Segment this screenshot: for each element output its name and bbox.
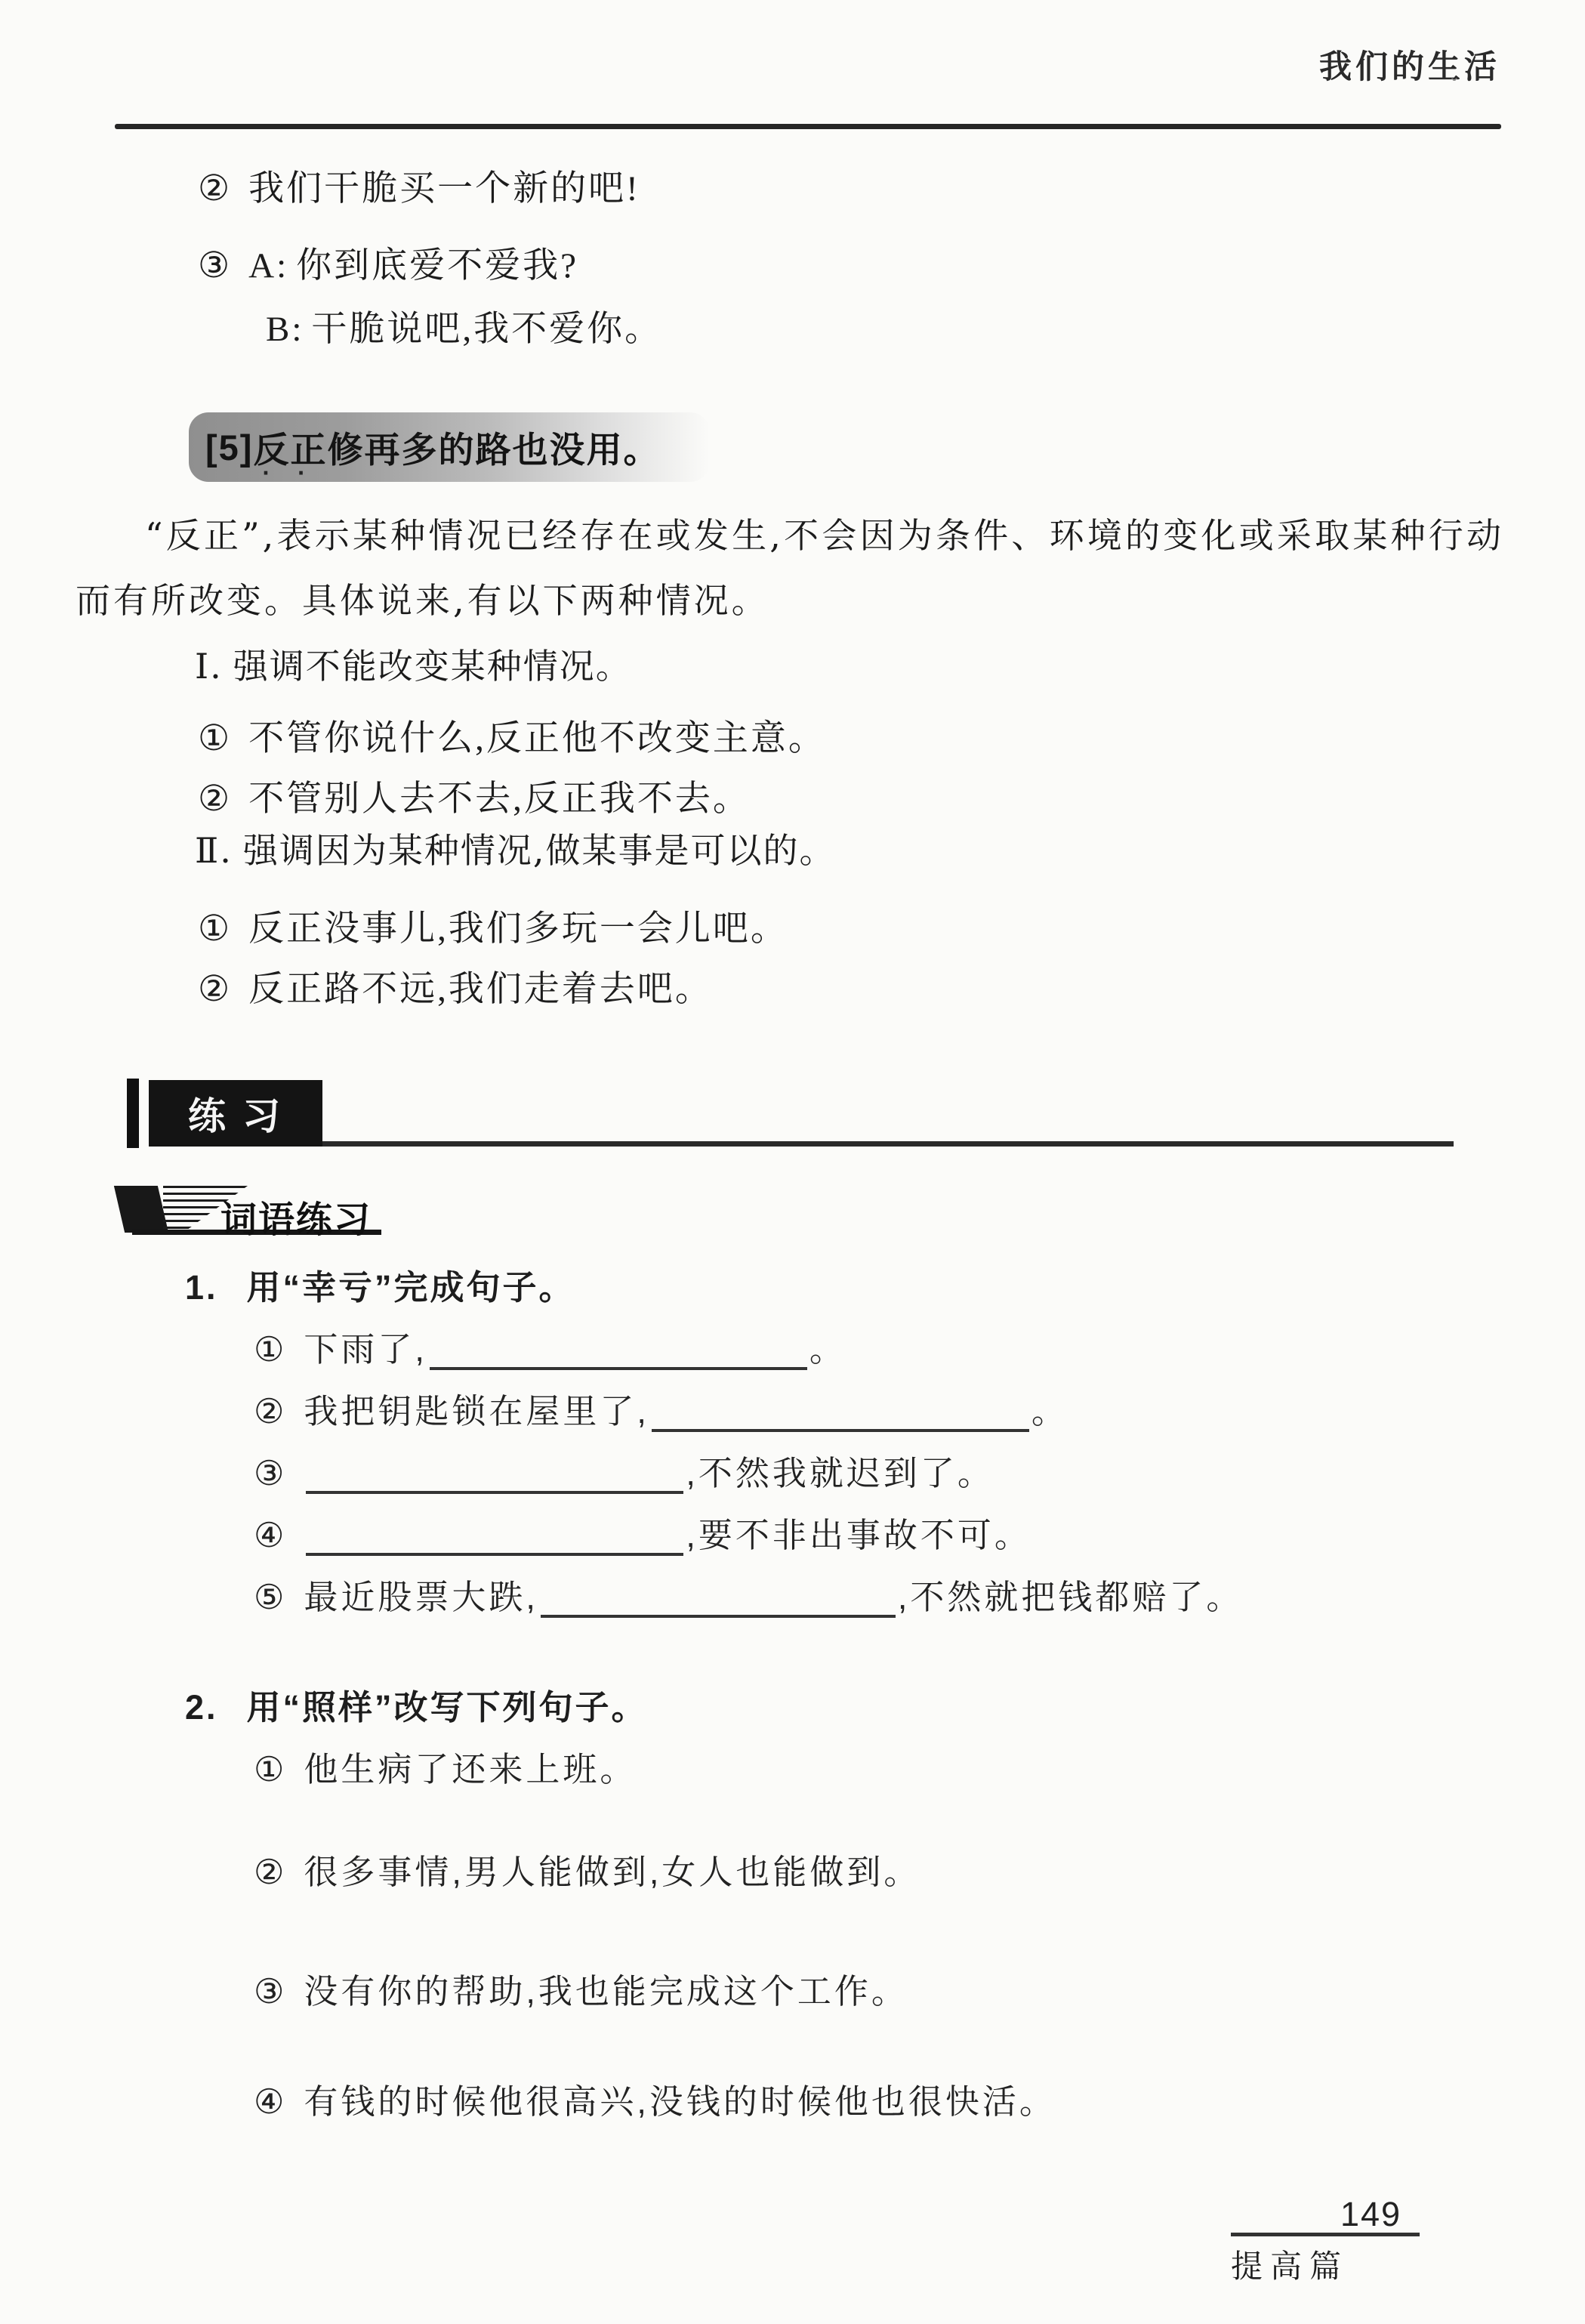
grammar-heading-text: 修再多的路也没用。 [327,422,660,473]
header-rule [115,124,1501,129]
circled-number: ② [254,1392,287,1431]
exercise-number: 2. [185,1688,218,1727]
example-sentence: ②不管别人去不去,反正我不去。 [198,770,751,821]
exercise-item: ④,要不非出事故不可。 [254,1508,1031,1557]
footer-rule [1231,2233,1420,2236]
exercise-item: ②很多事情,男人能做到,女人也能做到。 [254,1844,920,1893]
circled-number: ② [198,169,232,208]
exercise-item: ④有钱的时候他很高兴,没钱的时候他也很快活。 [254,2074,1056,2123]
item-text: 有钱的时候他很高兴,没钱的时候他也很快活。 [304,2082,1056,2121]
exercise-item: ③没有你的帮助,我也能完成这个工作。 [254,1964,908,2013]
scan-artifact-mark: ˇ [1451,76,1457,97]
item-text: 我把钥匙锁在屋里了, [304,1392,649,1431]
example-sentence: ②反正路不远,我们走着去吧。 [198,961,713,1011]
circled-number: ③ [254,1972,287,2011]
emphasis-dots: ·· [262,461,332,485]
grammar-point-heading: [5]反正··修再多的路也没用。 [189,412,710,482]
circled-number: ② [198,970,232,1009]
banner-accent-bar [127,1079,139,1148]
case-label: Ⅱ. [195,830,233,871]
item-text: ,不然我就迟到了。 [686,1454,994,1492]
example-sentence: ③A:你到底爱不爱我? [198,237,578,288]
exercise-title: 1.用“幸亏”完成句子。 [185,1260,575,1309]
item-text: 没有你的帮助,我也能完成这个工作。 [304,1972,908,2011]
exercises-banner-label: 练 习 [188,1086,283,1140]
speaker-label: B: [266,310,304,349]
example-text: 我们干脆买一个新的吧! [248,169,640,208]
item-text: 很多事情,男人能做到,女人也能做到。 [304,1853,920,1891]
case-title: 强调因为某种情况,做某事是可以的。 [243,830,836,871]
item-text: ,要不非出事故不可。 [686,1516,1031,1554]
exercise-title-text: 用“幸亏”完成句子。 [247,1268,575,1307]
exercise-item: ①他生病了还来上班。 [254,1742,637,1791]
circled-number: ③ [254,1454,287,1492]
item-text: 。 [1031,1392,1068,1431]
subsection-title: 词语练习 [220,1190,372,1242]
circled-number: ⑤ [254,1578,287,1616]
exercise-number: 1. [185,1268,218,1307]
example-text: 反正没事儿,我们多玩一会儿吧。 [248,909,788,949]
banner-rule [227,1141,1454,1147]
case-title: 强调不能改变某种情况。 [233,646,632,687]
footer-section-label: 提高篇 [1231,2242,1349,2287]
exercises-banner: 练 习 [149,1080,322,1147]
answer-blank [430,1333,807,1370]
circled-number: ① [254,1330,287,1369]
case-label: Ⅰ. [195,646,223,687]
circled-number: ④ [254,1516,287,1554]
answer-blank [652,1395,1029,1432]
circled-number: ② [254,1853,287,1891]
speaker-label: A: [248,246,288,285]
exercise-title-text: 用“照样”改写下列句子。 [247,1688,648,1727]
example-sentence: ①反正没事儿,我们多玩一会儿吧。 [198,900,788,951]
circled-number: ③ [198,246,232,285]
circled-number: ① [198,719,232,758]
answer-blank [306,1519,683,1556]
example-text: 干脆说吧,我不爱你。 [311,310,662,349]
example-text: 反正路不远,我们走着去吧。 [248,970,713,1009]
example-sentence: ①不管你说什么,反正他不改变主意。 [198,710,826,761]
textbook-page: { "colors":{"paper":"#fbfbf9","ink":"#1f… [0,0,1585,2324]
exercise-item: ⑤最近股票大跌,,不然就把钱都赔了。 [254,1569,1243,1619]
circled-number: ① [254,1750,287,1789]
exercise-item: ①下雨了,。 [254,1322,846,1371]
grammar-point-index: [5] [205,427,253,468]
subsection-slab-icon [114,1186,168,1233]
emphasis-word: 反正·· [253,422,327,473]
grammar-explanation: “反正”,表示某种情况已经存在或发生,不会因为条件、环境的变化或采取某种行动而有… [76,503,1504,633]
exercise-item: ③,不然我就迟到了。 [254,1446,994,1495]
page-number: 149 [1340,2195,1402,2234]
item-text: 他生病了还来上班。 [304,1750,637,1789]
example-text: 不管你说什么,反正他不改变主意。 [248,719,826,758]
example-sentence: ②我们干脆买一个新的吧! [198,160,640,211]
item-text: 下雨了, [304,1330,427,1369]
case-heading: Ⅱ.强调因为某种情况,做某事是可以的。 [195,823,836,873]
exercise-item: ②我把钥匙锁在屋里了,。 [254,1384,1068,1433]
circled-number: ④ [254,2082,287,2121]
example-text: 你到底爱不爱我? [296,246,578,285]
case-heading: Ⅰ.强调不能改变某种情况。 [195,639,632,689]
item-text: 最近股票大跌, [304,1578,538,1616]
circled-number: ① [198,909,232,949]
item-text: 。 [809,1330,846,1369]
answer-blank [306,1457,683,1494]
example-text: 不管别人去不去,反正我不去。 [248,779,751,819]
circled-number: ② [198,779,232,819]
answer-blank [541,1581,896,1618]
example-sentence: B:干脆说吧,我不爱你。 [266,301,662,351]
item-text: ,不然就把钱都赔了。 [898,1578,1244,1616]
exercise-title: 2.用“照样”改写下列句子。 [185,1680,648,1729]
page-header-title: 我们的生活 [1319,42,1500,88]
